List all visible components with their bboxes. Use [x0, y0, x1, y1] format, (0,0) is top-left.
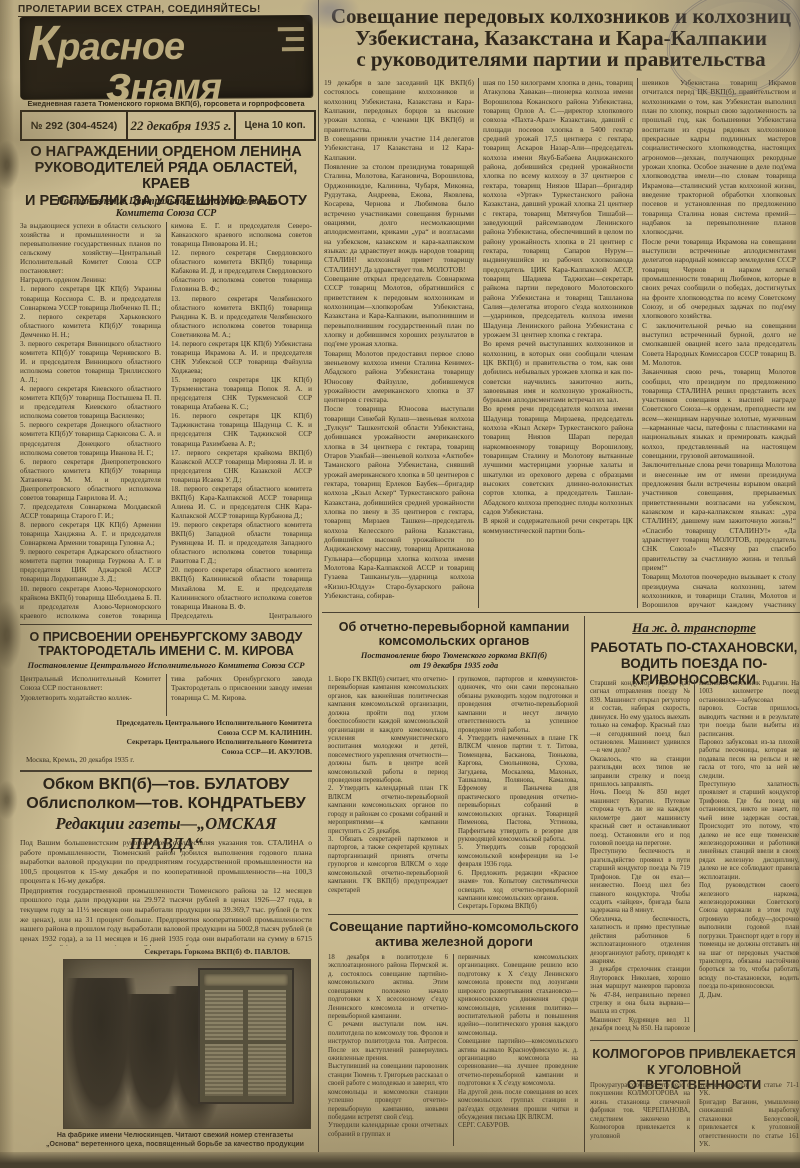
photo-caption: На фабрике имени Челюскинцев. Читают све… — [40, 1132, 310, 1152]
divider — [318, 0, 319, 1152]
kirov-column-1: Центральный Исполнительный Комитет Союза… — [20, 674, 161, 716]
issue-number: № 292 (304-4524) — [22, 112, 128, 139]
kolmogorov-column-1: Прокуратура сообщает, что дело о покушен… — [590, 1082, 690, 1152]
telegram-address-1: Обком ВКП(б)—тов. БУЛАТОВУ — [20, 776, 312, 794]
stakhanov-kicker: На ж. д. транспорте — [590, 620, 798, 636]
kirov-signature-1: Председатель Центрального Исполнительног… — [40, 718, 312, 736]
railmeeting-column-2: первичных комсомольских организациях. Со… — [458, 954, 578, 1146]
kirov-dateline: Москва, Кремль, 20 декабря 1935 г. — [26, 756, 226, 765]
kirov-title: О ПРИСВОЕНИИ ОРЕНБУРГСКОМУ ЗАВОДУ ТРАКТО… — [20, 630, 312, 658]
decree-column-2: кимова Е. Г. и председателя Северо-Кавка… — [171, 222, 312, 620]
photo-factory-wall-newspaper — [64, 960, 310, 1128]
telegram-signature-1: Секретарь Горкома ВКП(б) Ф. ПАВЛОВ. — [60, 947, 290, 957]
masthead-ornament-icon — [278, 27, 304, 31]
photo-wall-newspaper-board — [198, 968, 294, 1104]
divider — [20, 770, 312, 772]
newspaper-page: ПРОЛЕТАРИИ ВСЕХ СТРАН, СОЕДИНЯЙТЕСЬ! Кра… — [0, 0, 800, 1168]
divider — [166, 222, 167, 620]
komsomol-subtitle: Постановление бюро Тюменского горкома ВК… — [328, 651, 580, 671]
divider — [584, 616, 585, 1152]
photo-board-header — [204, 974, 288, 986]
komsomol-column-2: групкомов, парторгов и коммунистов-одино… — [458, 676, 578, 910]
masthead-ornament-icon — [286, 37, 304, 41]
scan-edge — [0, 1152, 800, 1168]
divider — [453, 954, 454, 1146]
telegram-body: Под Вашим большевистским руководством, о… — [20, 838, 312, 946]
issue-date: 22 декабря 1935 г. — [128, 112, 236, 139]
stakhanov-column-1: Старший кондуктор Горлов дал сигнал отпр… — [590, 680, 690, 1032]
divider — [590, 1040, 798, 1041]
divider — [453, 676, 454, 910]
divider — [478, 78, 479, 608]
railmeeting-title: Совещание партийно-комсомольского актива… — [328, 920, 580, 950]
lead-column-1: 19 декабря в зале заседаний ЦК ВКП(б) со… — [324, 78, 474, 608]
decree-column-1: За выдающиеся успехи в области сельского… — [20, 222, 161, 620]
lead-column-2: шая по 150 килограмм хлопка в день, това… — [483, 78, 633, 608]
divider — [637, 78, 638, 608]
kirov-subtitle: Постановление Центрального Исполнительно… — [20, 660, 312, 670]
divider — [322, 612, 800, 613]
divider — [694, 1082, 695, 1152]
kolmogorov-column-2: ответственности по статье 71-1 УК. Брига… — [699, 1082, 799, 1152]
divider — [166, 674, 167, 716]
issue-bar: № 292 (304-4524) 22 декабря 1935 г. Цена… — [20, 110, 316, 141]
masthead-title-line2: знамя — [106, 60, 312, 108]
lead-column-3: шевиков Узбекистана товарищ Икрамов отчи… — [642, 78, 796, 608]
divider — [328, 914, 578, 915]
decree-subtitle: Постановление Центрального Исполнительно… — [20, 196, 312, 219]
masthead-box: Красное знамя — [20, 15, 313, 99]
telegram-address-2: Облисполком—тов. КОНДРАТЬЕВУ — [20, 795, 312, 813]
kirov-column-2: тива рабочих Оренбургского завода Тракто… — [171, 674, 312, 716]
divider — [694, 680, 695, 1032]
railmeeting-column-1: 18 декабря в политотделе 6 эксплоатацион… — [328, 954, 448, 1146]
divider — [20, 624, 312, 625]
komsomol-title: Об отчетно-перевыборной кампании комсомо… — [328, 620, 580, 649]
masthead-ornament-icon — [282, 47, 304, 51]
stakhanov-column-2: машинист-наставник Родыгин. На 1003 кило… — [699, 680, 799, 1032]
kirov-signature-2: Секретарь Центрального Исполнительного К… — [40, 737, 312, 755]
komsomol-column-1: 1. Бюро ГК ВКП(б) считает, что отчетно-п… — [328, 676, 448, 910]
issue-price: Цена 10 коп. — [236, 112, 314, 139]
